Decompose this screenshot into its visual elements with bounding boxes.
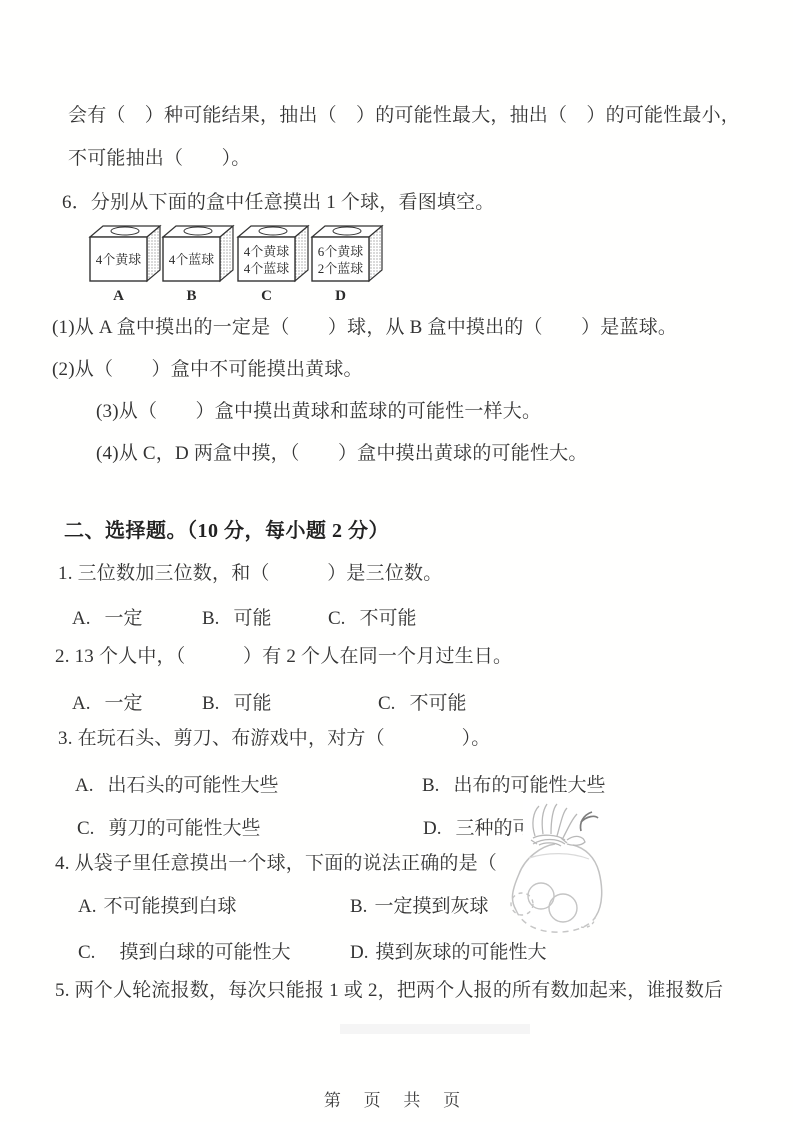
ball-box-graphic: 4个黄球 A 4个蓝球 B 4个黄球 4个蓝球 C: [85, 222, 385, 304]
q4-option-d: D.摸到灰球的可能性大: [350, 937, 547, 964]
test-paper-page: 会有（ ）种可能结果，抽出（ ）的可能性最大，抽出（ ）的可能性最小， 不可能抽…: [0, 0, 793, 1122]
box-d-content-line2: 2个蓝球: [318, 261, 364, 276]
question-1-stem: 1. 三位数加三位数，和（ ）是三位数。: [58, 562, 442, 586]
box-a: 4个黄球 A: [90, 226, 160, 304]
fill-in-carryover-line-1: 会有（ ）种可能结果，抽出（ ）的可能性最大，抽出（ ）的可能性最小，: [68, 104, 740, 128]
q3-option-a: A.出石头的可能性大些: [75, 770, 279, 797]
question-2-options: A.一定 B.可能 C.不可能: [0, 688, 793, 714]
box-d-hole-icon: [333, 227, 361, 235]
question-3-options-row-1: A.出石头的可能性大些 B.出布的可能性大些: [0, 770, 793, 796]
question-5-stem: 5. 两个人轮流报数，每次只能报 1 或 2，把两个人报的所有数加起来，谁报数后: [55, 979, 723, 1003]
question-6-sub-3: (3)从（ ）盒中摸出黄球和蓝球的可能性一样大。: [96, 400, 541, 424]
page-footer: 第 页 共 页: [0, 1086, 793, 1111]
question-6-sub-1: (1)从 A 盒中摸出的一定是（ ）球，从 B 盒中摸出的（ ）是蓝球。: [52, 316, 677, 340]
q1-option-b: B.可能: [202, 603, 271, 630]
scan-artifact: [340, 1024, 530, 1034]
box-c-content-line2: 4个蓝球: [244, 261, 290, 276]
q2-option-a: A.一定: [72, 688, 143, 715]
box-c: 4个黄球 4个蓝球 C: [238, 226, 308, 304]
q4-option-b: B.一定摸到灰球: [350, 891, 488, 918]
q1-option-a: A.一定: [72, 603, 143, 630]
question-6-sub-2: (2)从（ ）盒中不可能摸出黄球。: [52, 358, 363, 382]
question-6-sub-4: (4)从 C，D 两盒中摸，（ ）盒中摸出黄球的可能性大。: [96, 442, 588, 466]
question-4-options-row-2: C.摸到白球的可能性大 D.摸到灰球的可能性大: [0, 937, 793, 963]
question-4-options-row-1: A.不可能摸到白球 B.一定摸到灰球: [0, 891, 793, 917]
question-4-stem: 4. 从袋子里任意摸出一个球，下面的说法正确的是（: [55, 852, 497, 876]
section-2-title: 二、选择题。（10 分，每小题 2 分）: [64, 519, 389, 543]
box-d: 6个黄球 2个蓝球 D: [312, 226, 382, 304]
box-c-content-line1: 4个黄球: [244, 244, 290, 259]
box-c-label: C: [261, 288, 272, 304]
q1-option-c: C.不可能: [328, 603, 416, 630]
box-a-hole-icon: [111, 227, 139, 235]
box-a-label: A: [113, 288, 124, 304]
q3-option-c: C.剪刀的可能性大些: [77, 813, 260, 840]
box-b: 4个蓝球 B: [163, 226, 233, 304]
box-b-content: 4个蓝球: [169, 252, 215, 267]
q3-option-b: B.出布的可能性大些: [422, 770, 605, 797]
drawstring-bag-icon: [495, 800, 670, 940]
box-d-label: D: [335, 288, 346, 304]
question-1-options: A.一定 B.可能 C.不可能: [0, 603, 793, 629]
q4-option-c: C.摸到白球的可能性大: [78, 937, 290, 964]
box-c-hole-icon: [259, 227, 287, 235]
question-3-options-row-2: C.剪刀的可能性大些 D.三种的可能性一样大: [0, 813, 793, 839]
box-b-label: B: [186, 288, 196, 304]
box-d-content-line1: 6个黄球: [318, 244, 364, 259]
box-b-hole-icon: [184, 227, 212, 235]
q2-option-c: C.不可能: [378, 688, 466, 715]
question-3-stem: 3. 在玩石头、剪刀、布游戏中，对方（ ）。: [58, 727, 491, 751]
box-a-content: 4个黄球: [96, 252, 142, 267]
question-6-stem: 6．分别从下面的盒中任意摸出 1 个球，看图填空。: [62, 191, 495, 215]
question-2-stem: 2. 13 个人中，（ ）有 2 个人在同一个月过生日。: [55, 645, 512, 669]
fill-in-carryover-line-2: 不可能抽出（ ）。: [68, 147, 251, 171]
q2-option-b: B.可能: [202, 688, 271, 715]
q4-option-a: A.不可能摸到白球: [78, 891, 237, 918]
